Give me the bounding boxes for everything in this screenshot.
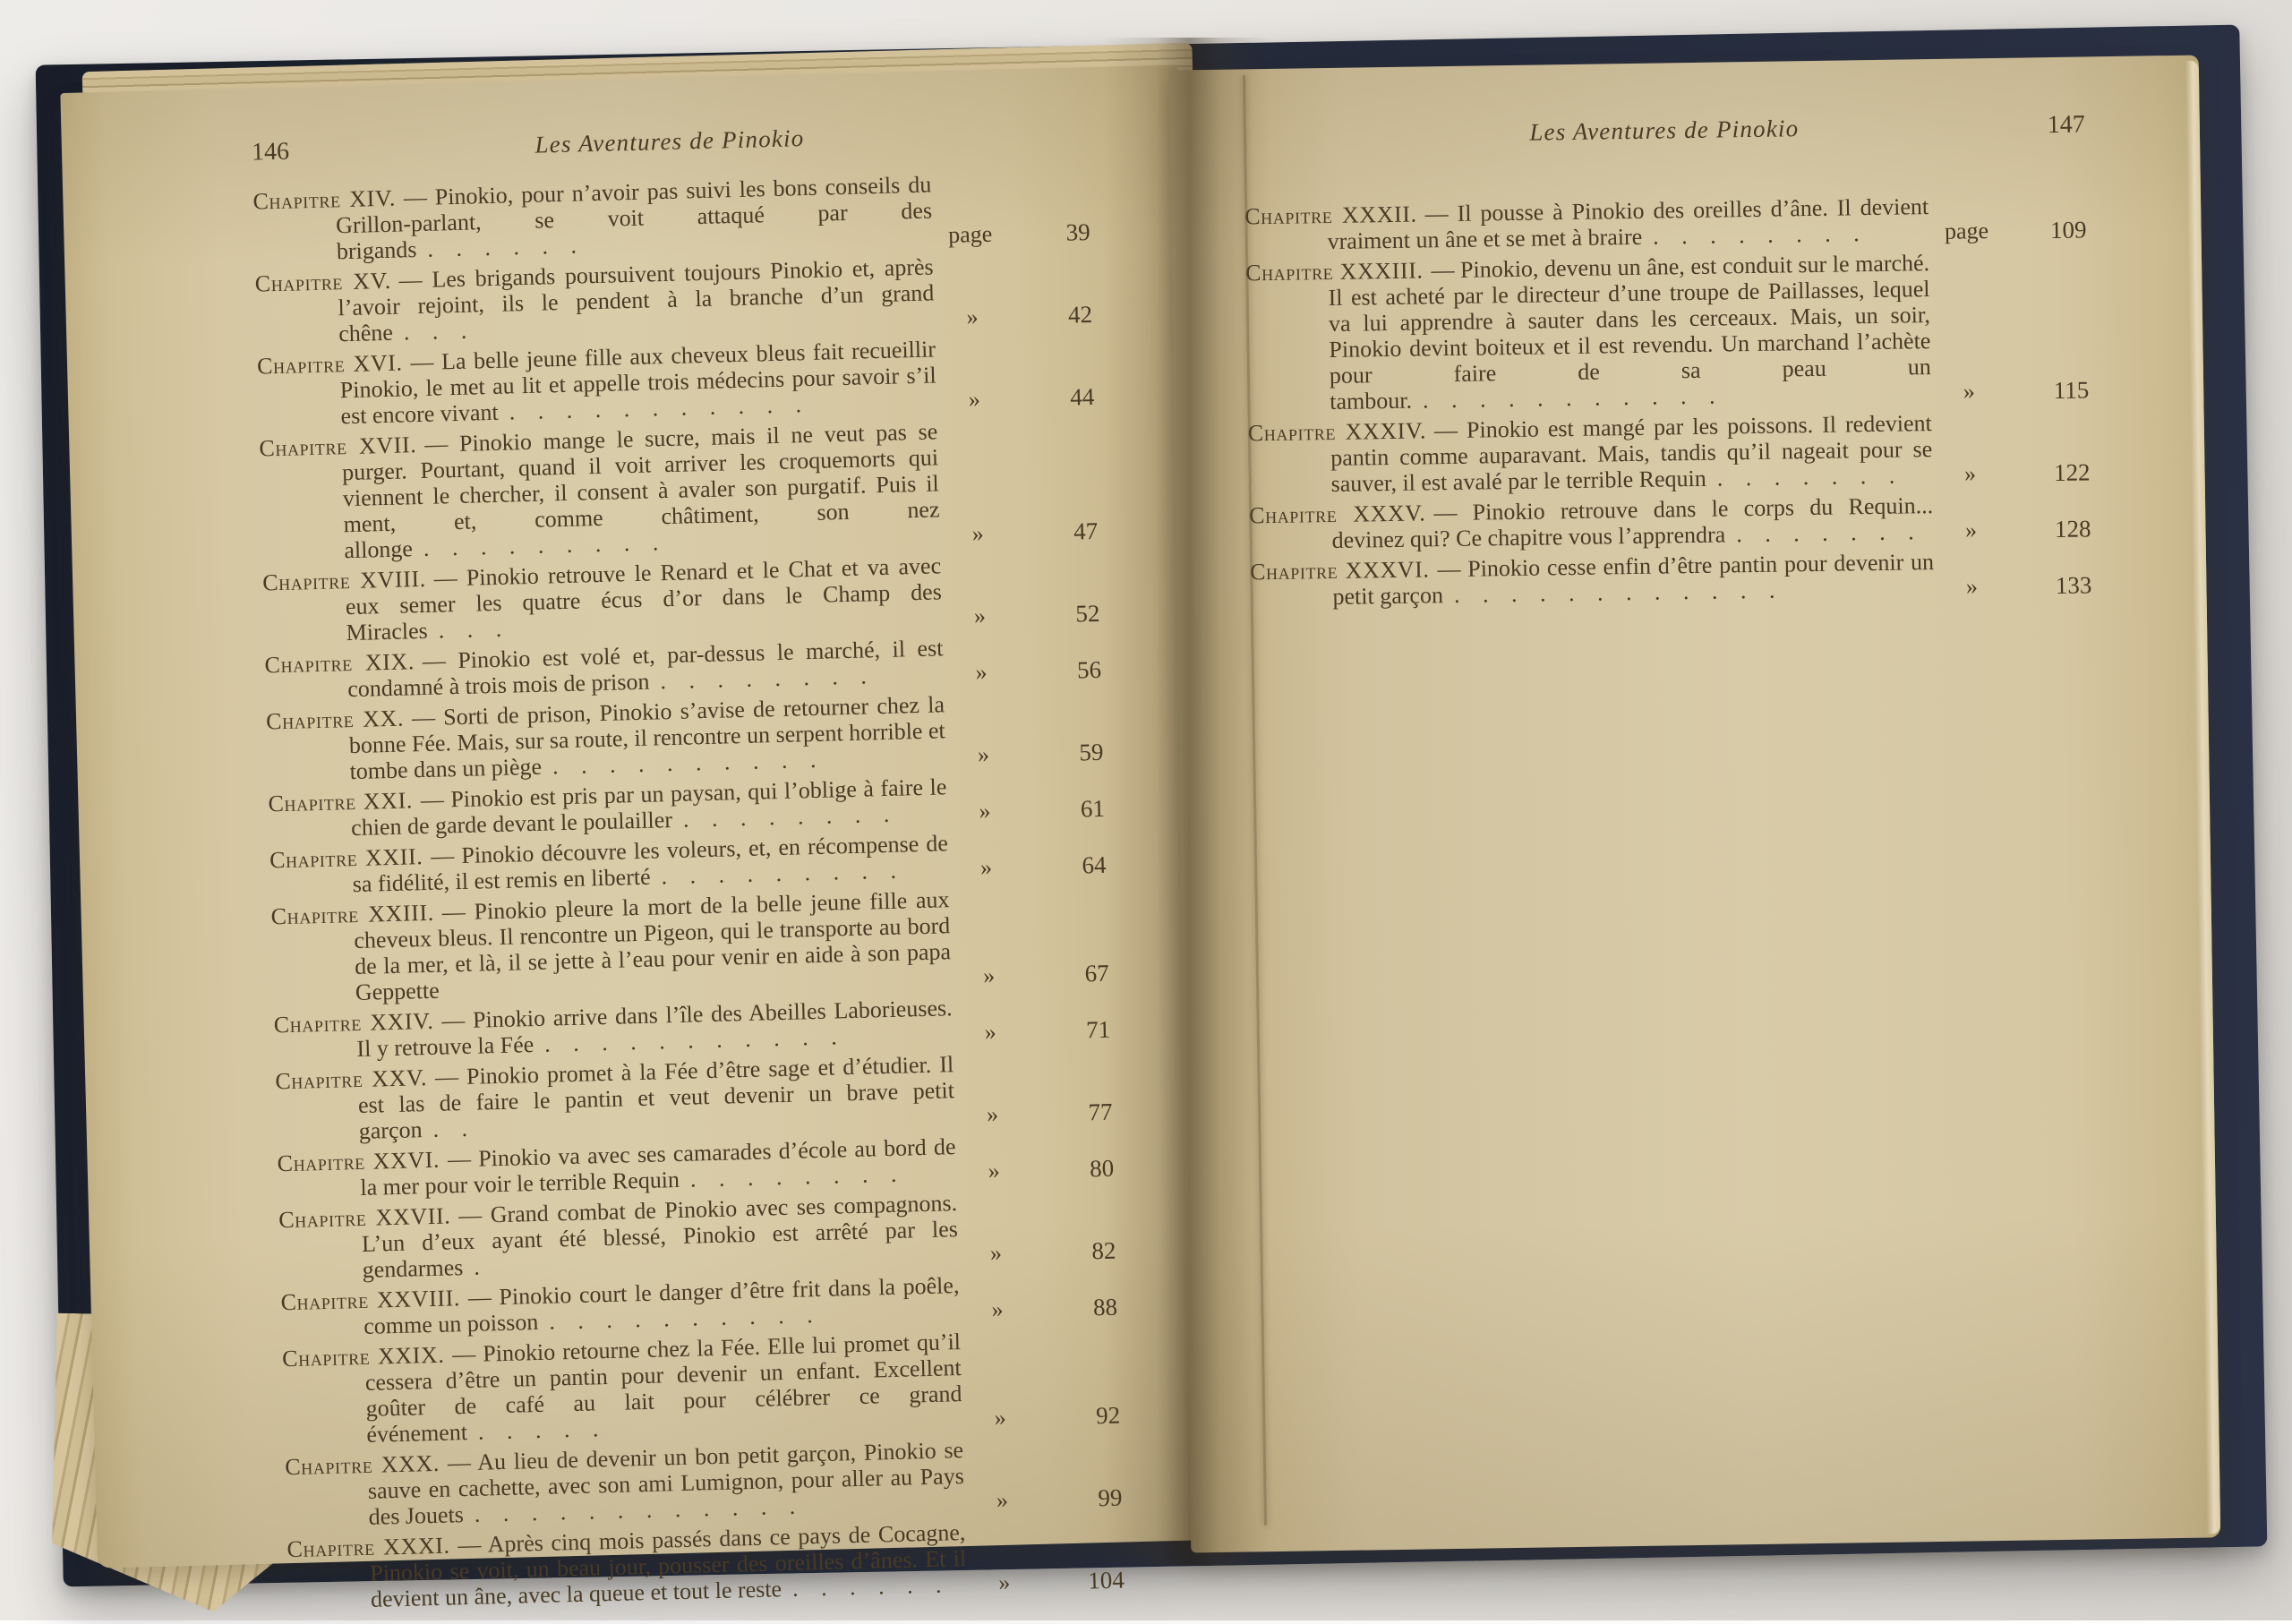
toc-entry: Chapitre XXXI.— Après cinq mois passés d… xyxy=(286,1516,1125,1615)
left-page-content: 146 Les Aventures de Pinokio Chapitre XI… xyxy=(252,117,1125,1619)
toc-entry-text: Chapitre XXXII.— Il pousse à Pinokio des… xyxy=(1244,193,1929,255)
dot-leader: . . . . . . . . xyxy=(660,662,867,694)
chapter-label: Chapitre XXXVI. xyxy=(1250,556,1430,585)
toc-entry: Chapitre XX.— Sorti de prison, Pinokio s… xyxy=(266,688,1104,787)
running-title: Les Aventures de Pinokio xyxy=(338,119,1003,164)
dot-leader: . . . . . . . . . . xyxy=(549,1302,813,1334)
page-ref-number: 64 xyxy=(1023,852,1107,880)
toc-entry: Chapitre XXIX.— Pinokio retourne chez la… xyxy=(282,1325,1121,1450)
toc-entry-text: Chapitre XVIII.— Pinokio retrouve le Ren… xyxy=(262,552,943,647)
toc-entry-text: Chapitre XXXI.— Après cinq mois passés d… xyxy=(286,1519,967,1614)
chapter-label: Chapitre XXXIV. xyxy=(1248,417,1427,446)
page-ref-marker: » xyxy=(951,962,1027,990)
chapter-label: Chapitre XXXI. xyxy=(286,1533,450,1563)
chapter-label: Chapitre XXV. xyxy=(275,1064,427,1094)
page-ref-marker: page xyxy=(1929,218,2004,245)
right-page-header: Les Aventures de Pinokio 147 xyxy=(1244,110,2085,151)
toc-entry-text: Chapitre XXVII.— Grand combat de Pinokio… xyxy=(278,1190,959,1285)
chapter-label: Chapitre XVIII. xyxy=(262,566,426,596)
chapter-label: Chapitre XXI. xyxy=(268,787,413,816)
toc-entry: Chapitre XVIII.— Pinokio retrouve le Ren… xyxy=(262,549,1100,648)
page-ref-number: 128 xyxy=(2008,516,2091,543)
toc-entry: Chapitre XXX.— Au lieu de devenir un bon… xyxy=(285,1433,1123,1533)
toc-entry-text: Chapitre XV.— Les brigands poursuivent t… xyxy=(254,253,935,348)
toc-entry-text: Chapitre XXIX.— Pinokio retourne chez la… xyxy=(282,1329,963,1449)
page-ref-number: 61 xyxy=(1022,796,1106,824)
dot-leader: . . . . . . . . xyxy=(690,1161,897,1192)
toc-entry: Chapitre XVI.— La belle jeune fille aux … xyxy=(257,332,1095,432)
page-ref-marker: » xyxy=(945,740,1022,769)
book-page-right: Les Aventures de Pinokio 147 Chapitre XX… xyxy=(1169,56,2220,1553)
page-ref-marker: » xyxy=(1931,378,2006,406)
page-ref-number: 80 xyxy=(1031,1156,1115,1184)
dot-leader: . . . . . . . . . xyxy=(661,858,896,890)
page-ref-number: 109 xyxy=(2004,217,2086,244)
page-ref-marker: » xyxy=(942,602,1018,630)
right-page-number: 147 xyxy=(1999,110,2085,140)
page-ref-number: 92 xyxy=(1038,1403,1121,1431)
dot-leader xyxy=(449,977,450,1003)
page-ref-marker: » xyxy=(954,1100,1031,1129)
running-title: Les Aventures de Pinokio xyxy=(1330,112,1999,150)
chapter-label: Chapitre XXIV. xyxy=(273,1008,433,1039)
left-page-header: 146 Les Aventures de Pinokio xyxy=(252,117,1089,167)
toc-entry-text: Chapitre XX.— Sorti de prison, Pinokio s… xyxy=(266,691,946,786)
page-ref-number: 71 xyxy=(1028,1017,1111,1045)
toc-entry: Chapitre XXV.— Pinokio promet à la Fée d… xyxy=(275,1047,1113,1147)
dot-leader: . . . . . . xyxy=(792,1572,942,1602)
page-ref-marker: » xyxy=(1932,460,2007,488)
chapter-label: Chapitre XV. xyxy=(254,268,391,297)
page-ref-number: 59 xyxy=(1021,739,1104,767)
page-ref-marker: » xyxy=(1934,573,2009,601)
dot-leader: . . . . . . . . . . . . xyxy=(1454,577,1775,608)
page-ref-number: 39 xyxy=(1007,219,1090,247)
page-ref-marker: » xyxy=(953,1018,1029,1047)
chapter-label: Chapitre XXXIII. xyxy=(1245,257,1424,286)
chapter-label: Chapitre XXIII. xyxy=(270,900,434,930)
toc-entry: Chapitre XXVII.— Grand combat de Pinokio… xyxy=(278,1186,1116,1286)
chapter-summary: — Pinokio retourne chez la Fée. Elle lui… xyxy=(365,1329,962,1448)
dot-leader: . . . . . . . . . . xyxy=(552,747,817,779)
dot-leader: . . . . . . . . xyxy=(683,801,890,833)
dot-leader: . . . . . . . xyxy=(1736,518,1914,547)
chapter-label: Chapitre XX. xyxy=(266,705,405,735)
page-ref-marker: » xyxy=(958,1239,1034,1268)
toc-entry-text: Chapitre XXX.— Au lieu de devenir un bon… xyxy=(285,1437,965,1532)
page-ref-marker: page xyxy=(932,220,1008,249)
page-ref-number: 44 xyxy=(1012,384,1095,412)
chapter-label: Chapitre XIX. xyxy=(264,648,415,678)
dot-leader: . . . . . . . . . . . xyxy=(1423,383,1715,414)
toc-entry: Chapitre XXIII.— Pinokio pleure la mort … xyxy=(270,883,1109,1008)
toc-entry-text: Chapitre XXIII.— Pinokio pleure la mort … xyxy=(270,886,952,1007)
page-ref-marker: » xyxy=(935,303,1011,331)
chapter-summary: — Pinokio retrouve le Renard et le Chat … xyxy=(346,552,943,645)
chapter-label: Chapitre XXXV. xyxy=(1249,500,1426,528)
toc-entry: Chapitre XXXIII.— Pinokio, devenu un âne… xyxy=(1245,247,2089,415)
page-ref-marker: » xyxy=(948,853,1024,882)
chapter-label: Chapitre XXVI. xyxy=(277,1147,440,1177)
page-ref-number: 77 xyxy=(1030,1099,1113,1127)
toc-entry: Chapitre XIV.— Pinokio, pour n’avoir pas… xyxy=(252,167,1090,267)
page-ref-marker: » xyxy=(956,1157,1032,1185)
photo-background: 146 Les Aventures de Pinokio Chapitre XI… xyxy=(0,0,2292,1620)
toc-entry-text: Chapitre XXXIII.— Pinokio, devenu un âne… xyxy=(1245,250,1931,415)
chapter-label: Chapitre XIV. xyxy=(252,185,396,215)
page-ref-marker: » xyxy=(940,519,1016,548)
left-page-number: 146 xyxy=(252,136,338,167)
dot-leader: . . . xyxy=(438,616,501,644)
page-ref-number: 42 xyxy=(1010,302,1093,329)
page-ref-number: 88 xyxy=(1035,1295,1118,1322)
chapter-summary: — Pinokio, pour n’avoir pas suivi les bo… xyxy=(336,171,933,264)
dot-leader: . xyxy=(474,1254,480,1280)
page-ref-number: 104 xyxy=(1041,1568,1125,1595)
book-page-left: 146 Les Aventures de Pinokio Chapitre XI… xyxy=(60,64,1214,1568)
chapter-label: Chapitre XVI. xyxy=(257,349,403,379)
dot-leader: . . . . . . xyxy=(427,233,577,262)
toc-entry: Chapitre XXXIV.— Pinokio est mangé par l… xyxy=(1248,407,2091,498)
chapter-label: Chapitre XXII. xyxy=(269,843,423,873)
toc-entry: Chapitre XXXII.— Il pousse à Pinokio des… xyxy=(1244,191,2087,255)
page-ref-marker: » xyxy=(966,1568,1042,1597)
toc-entry-text: Chapitre XXXIV.— Pinokio est mangé par l… xyxy=(1248,410,1933,498)
toc-entries-right: Chapitre XXXII.— Il pousse à Pinokio des… xyxy=(1244,191,2092,611)
page-ref-marker: » xyxy=(960,1295,1036,1324)
page-ref-marker: » xyxy=(936,385,1013,414)
dot-leader: . . . . . . . . xyxy=(1653,220,1860,249)
page-ref-marker: » xyxy=(947,797,1023,825)
toc-entry-text: Chapitre XVI.— La belle jeune fille aux … xyxy=(257,336,937,431)
toc-entry-text: Chapitre XIV.— Pinokio, pour n’avoir pas… xyxy=(252,171,933,266)
chapter-label: Chapitre XVII. xyxy=(259,432,417,461)
toc-entry: Chapitre XXXV.— Pinokio retrouve dans le… xyxy=(1249,490,2091,554)
chapter-label: Chapitre XXIX. xyxy=(282,1342,445,1372)
page-ref-number: 133 xyxy=(2009,572,2091,599)
page-ref-number: 67 xyxy=(1026,961,1109,988)
page-ref-number: 115 xyxy=(2006,377,2089,404)
chapter-label: Chapitre XXXII. xyxy=(1244,201,1417,230)
page-ref-number: 82 xyxy=(1033,1238,1116,1266)
page-ref-marker: » xyxy=(962,1404,1039,1432)
page-ref-number: 52 xyxy=(1017,601,1100,628)
page-ref-marker: » xyxy=(944,658,1020,687)
page-ref-number: 47 xyxy=(1015,518,1099,546)
page-ref-number: 122 xyxy=(2007,459,2090,486)
right-page-content: Les Aventures de Pinokio 147 Chapitre XX… xyxy=(1244,110,2092,615)
toc-entry-text: Chapitre XXXV.— Pinokio retrouve dans le… xyxy=(1249,492,1934,554)
chapter-label: Chapitre XXX. xyxy=(285,1450,440,1480)
toc-entry-text: Chapitre XXXVI.— Pinokio cesse enfin d’ê… xyxy=(1250,549,1935,611)
toc-entry: Chapitre XXXVI.— Pinokio cesse enfin d’ê… xyxy=(1250,546,2092,611)
dot-leader: . . . . . xyxy=(478,1415,599,1444)
toc-entry-text: Chapitre XXV.— Pinokio promet à la Fée d… xyxy=(275,1051,955,1146)
toc-entry-text: Chapitre XVII.— Pinokio mange le sucre, … xyxy=(259,418,940,565)
dot-leader: . . . . . . . . . xyxy=(423,529,659,561)
toc-entry: Chapitre XVII.— Pinokio mange le sucre, … xyxy=(259,415,1098,566)
page-ref-number: 56 xyxy=(1019,657,1102,685)
chapter-summary: — Grand combat de Pinokio avec ses compa… xyxy=(362,1190,959,1283)
page-ref-number: 99 xyxy=(1039,1485,1123,1513)
dot-leader: . . xyxy=(432,1115,467,1142)
toc-entries-left: Chapitre XIV.— Pinokio, pour n’avoir pas… xyxy=(252,167,1125,1614)
dot-leader: . . . xyxy=(403,318,466,346)
dot-leader: . . . . . . . xyxy=(1717,463,1895,491)
page-ref-marker: » xyxy=(964,1486,1040,1515)
page-ref-marker: » xyxy=(1933,517,2008,544)
chapter-summary: — Pinokio pleure la mort de la belle jeu… xyxy=(354,886,951,1005)
toc-entry: Chapitre XV.— Les brigands poursuivent t… xyxy=(254,250,1092,349)
